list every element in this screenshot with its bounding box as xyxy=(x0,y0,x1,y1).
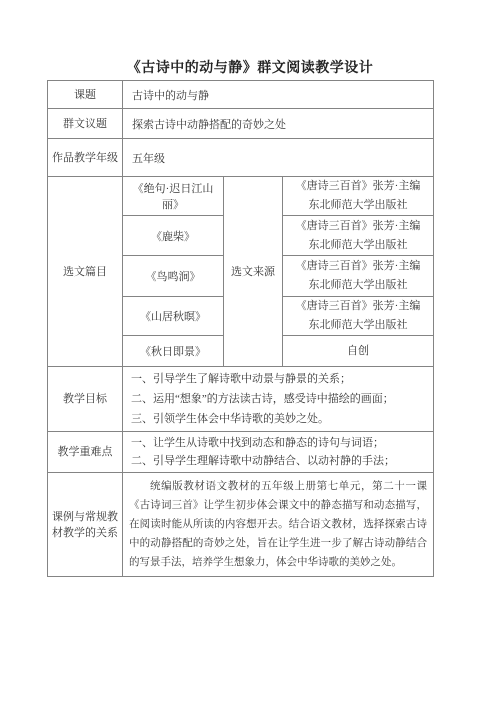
document-page: { "title": "《古诗中的动与静》群文阅读教学设计", "table":… xyxy=(0,0,500,707)
source-line-2: 东北师范大学出版社 xyxy=(286,196,430,215)
grade-value: 五年级 xyxy=(123,139,434,177)
topic-value: 古诗中的动与静 xyxy=(123,81,434,109)
table-row-goals: 教学目标 一、引导学生了解诗歌中动景与静景的关系； 二、运用“想象”的方法读古诗… xyxy=(48,367,434,432)
goal-line-3: 三、引领学生体会中华诗歌的美妙之处。 xyxy=(131,409,427,429)
relation-label: 课例与常规教材教学的关系 xyxy=(48,473,123,577)
source-line-1: 《唐诗三百首》张芳·主编 xyxy=(286,257,430,276)
source-line-1: 《唐诗三百首》张芳·主编 xyxy=(286,217,430,236)
table-row-selection-1: 选文篇目 《绝句·迟日江山丽》 选文来源 《唐诗三百首》张芳·主编 东北师范大学… xyxy=(48,177,434,216)
source-line-1: 自创 xyxy=(286,342,430,361)
source-line-2: 东北师范大学出版社 xyxy=(286,276,430,295)
relation-content: 统编版教材语文教材的五年级上册第七单元，第二十一课《古诗词三首》让学生初步体会课… xyxy=(123,473,434,577)
selection-label: 选文篇目 xyxy=(48,177,123,367)
key-point-line-2: 二、引导学生理解诗歌中动静结合、以动衬静的手法； xyxy=(131,452,427,470)
relation-paragraph: 统编版教材语文教材的五年级上册第七单元，第二十一课《古诗词三首》让学生初步体会课… xyxy=(129,477,427,572)
table-row-topic: 课题 古诗中的动与静 xyxy=(48,81,434,109)
poem-title-cell: 《绝句·迟日江山丽》 xyxy=(123,177,224,216)
grade-label: 作品教学年级 xyxy=(48,139,123,177)
poem-title-cell: 《秋日即景》 xyxy=(123,336,224,367)
poem-source-cell: 《唐诗三百首》张芳·主编 东北师范大学出版社 xyxy=(283,216,434,256)
issue-label: 群文议题 xyxy=(48,109,123,139)
poem-source-cell: 《唐诗三百首》张芳·主编 东北师范大学出版社 xyxy=(283,297,434,336)
teaching-design-table: 课题 古诗中的动与静 群文议题 探索古诗中动静搭配的奇妙之处 作品教学年级 五年… xyxy=(47,80,434,577)
source-line-1: 《唐诗三百首》张芳·主编 xyxy=(286,177,430,196)
goal-line-1: 一、引导学生了解诗歌中动景与静景的关系； xyxy=(131,369,427,389)
goals-content: 一、引导学生了解诗歌中动景与静景的关系； 二、运用“想象”的方法读古诗，感受诗中… xyxy=(123,367,434,432)
key-points-label: 教学重难点 xyxy=(48,432,123,473)
source-line-1: 《唐诗三百首》张芳·主编 xyxy=(286,297,430,316)
poem-title-cell: 《鸟鸣涧》 xyxy=(123,256,224,297)
table-row-relation: 课例与常规教材教学的关系 统编版教材语文教材的五年级上册第七单元，第二十一课《古… xyxy=(48,473,434,577)
issue-value: 探索古诗中动静搭配的奇妙之处 xyxy=(123,109,434,139)
poem-source-cell: 自创 xyxy=(283,336,434,367)
key-points-content: 一、让学生从诗歌中找到动态和静态的诗句与词语； 二、引导学生理解诗歌中动静结合、… xyxy=(123,432,434,473)
poem-source-cell: 《唐诗三百首》张芳·主编 东北师范大学出版社 xyxy=(283,177,434,216)
poem-source-cell: 《唐诗三百首》张芳·主编 东北师范大学出版社 xyxy=(283,256,434,297)
document-title: 《古诗中的动与静》群文阅读教学设计 xyxy=(0,57,500,77)
topic-label: 课题 xyxy=(48,81,123,109)
table-row-issue: 群文议题 探索古诗中动静搭配的奇妙之处 xyxy=(48,109,434,139)
source-line-2: 东北师范大学出版社 xyxy=(286,236,430,255)
table-row-grade: 作品教学年级 五年级 xyxy=(48,139,434,177)
source-label: 选文来源 xyxy=(224,177,283,367)
key-point-line-1: 一、让学生从诗歌中找到动态和静态的诗句与词语； xyxy=(131,434,427,452)
poem-title-cell: 《山居秋暝》 xyxy=(123,297,224,336)
table-row-key-points: 教学重难点 一、让学生从诗歌中找到动态和静态的诗句与词语； 二、引导学生理解诗歌… xyxy=(48,432,434,473)
poem-title-cell: 《鹿柴》 xyxy=(123,216,224,256)
goals-label: 教学目标 xyxy=(48,367,123,432)
source-line-2: 东北师范大学出版社 xyxy=(286,316,430,335)
goal-line-2: 二、运用“想象”的方法读古诗，感受诗中描绘的画面； xyxy=(131,389,427,409)
